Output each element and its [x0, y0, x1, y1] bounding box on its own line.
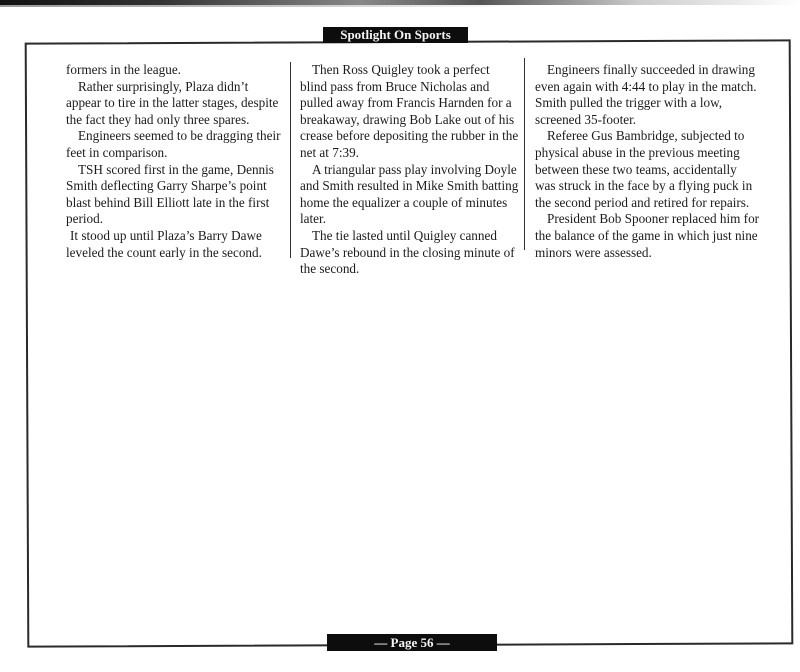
section-title: Spotlight On Sports: [340, 27, 451, 42]
paragraph: TSH scored first in the game, Dennis Smi…: [66, 162, 286, 228]
paragraph: A triangular pass play involving Doyle a…: [300, 162, 520, 228]
column-divider: [524, 58, 525, 250]
paragraph: formers in the league.: [66, 62, 286, 79]
paragraph: President Bob Spooner replaced him for t…: [535, 211, 760, 261]
page-number-banner: — Page 56 —: [327, 634, 497, 651]
page-number: — Page 56 —: [374, 635, 449, 650]
article-column-2: Then Ross Quigley took a perfect blind p…: [300, 62, 520, 278]
section-title-banner: Spotlight On Sports: [323, 27, 468, 43]
scan-edge-artifact-secondary: [0, 5, 520, 7]
paragraph: Engineers seemed to be dragging their fe…: [66, 128, 286, 161]
article-column-3: Engineers finally succeeded in drawing e…: [535, 62, 760, 261]
paragraph: Then Ross Quigley took a perfect blind p…: [300, 62, 520, 162]
paragraph: Rather surprisingly, Plaza didn’t appear…: [66, 79, 286, 129]
paragraph: Engineers finally succeeded in drawing e…: [535, 62, 760, 128]
column-divider: [290, 62, 291, 258]
paragraph: The tie lasted until Quigley canned Dawe…: [300, 228, 520, 278]
paragraph: Referee Gus Bambridge, subjected to phys…: [535, 128, 760, 211]
paragraph: It stood up until Plaza’s Barry Dawe lev…: [66, 228, 286, 261]
article-column-1: formers in the league. Rather surprising…: [66, 62, 286, 261]
